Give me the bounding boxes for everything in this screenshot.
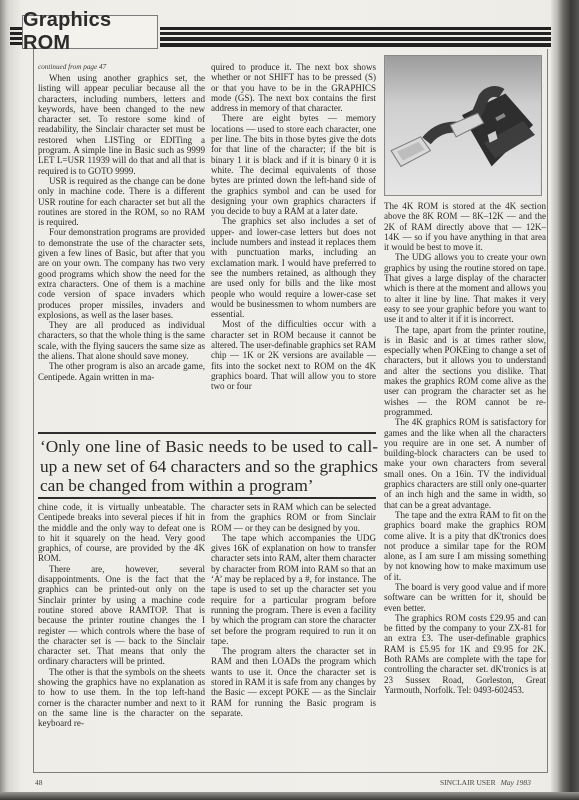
- header-stripes-right: [160, 27, 551, 49]
- paragraph: quired to produce it. The next box shows…: [211, 62, 376, 113]
- pull-quote: ‘Only one line of Basic needs to be used…: [40, 437, 378, 496]
- paragraph: The board is very good value and if more…: [384, 582, 546, 613]
- pull-quote-rule-top: [38, 432, 376, 434]
- paragraph: The program alters the character set in …: [211, 646, 376, 718]
- product-photo: [384, 55, 542, 196]
- paragraph: The graphics ROM costs £29.95 and can be…: [384, 613, 546, 695]
- publication-name: SINCLAIR USER: [440, 778, 496, 787]
- paragraph: The 4K graphics ROM is satisfactory for …: [384, 417, 546, 510]
- page-edge-shadow: [551, 0, 579, 800]
- article-column-3: The 4K ROM is stored at the 4K section a…: [384, 201, 546, 695]
- paragraph: The other program is also an arcade game…: [38, 361, 205, 382]
- continued-from-note: continued from page 47: [38, 62, 205, 72]
- page-bottom-shadow: [0, 792, 579, 800]
- paragraph: There are eight bytes — memory locations…: [211, 113, 376, 216]
- paragraph: The tape, apart from the printer routine…: [384, 325, 546, 418]
- paragraph: The graphics set also includes a set of …: [211, 216, 376, 319]
- section-title-box: Graphics ROM: [22, 15, 158, 49]
- pull-quote-rule-bottom: [38, 497, 376, 499]
- paragraph: USR is required as the change can be don…: [38, 176, 205, 227]
- paragraph: The tape which accompanies the UDG gives…: [211, 533, 376, 646]
- paragraph: character sets in RAM which can be selec…: [211, 502, 376, 533]
- paragraph: chine code, it is virtually unbeatable. …: [38, 502, 205, 564]
- paragraph: Most of the difficulties occur with a ch…: [211, 319, 376, 391]
- graphics-board-image: [385, 56, 541, 195]
- paragraph: Four demonstration programs are provided…: [38, 227, 205, 320]
- paragraph: The other is that the symbols on the she…: [38, 667, 205, 729]
- article-column-2: quired to produce it. The next box shows…: [211, 62, 376, 392]
- paragraph: The UDG allows you to create your own gr…: [384, 252, 546, 324]
- publication-footer: SINCLAIR USERMay 1983: [440, 778, 531, 787]
- paragraph: When using another graphics set, the lis…: [38, 73, 205, 176]
- article-column-5: character sets in RAM which can be selec…: [211, 502, 376, 718]
- article-column-4: chine code, it is virtually unbeatable. …: [38, 502, 205, 729]
- page-number: 48: [35, 778, 43, 787]
- paragraph: There are, however, several disappointme…: [38, 564, 205, 667]
- paragraph: They are all produced as individual char…: [38, 320, 205, 361]
- paragraph: The tape and the extra RAM to fit on the…: [384, 510, 546, 582]
- page-spine-shadow: [0, 0, 10, 800]
- article-column-1: continued from page 47 When using anothe…: [38, 62, 205, 382]
- issue-date: May 1983: [501, 778, 531, 787]
- photo-caption-paragraph: The 4K ROM is stored at the 4K section a…: [384, 201, 546, 252]
